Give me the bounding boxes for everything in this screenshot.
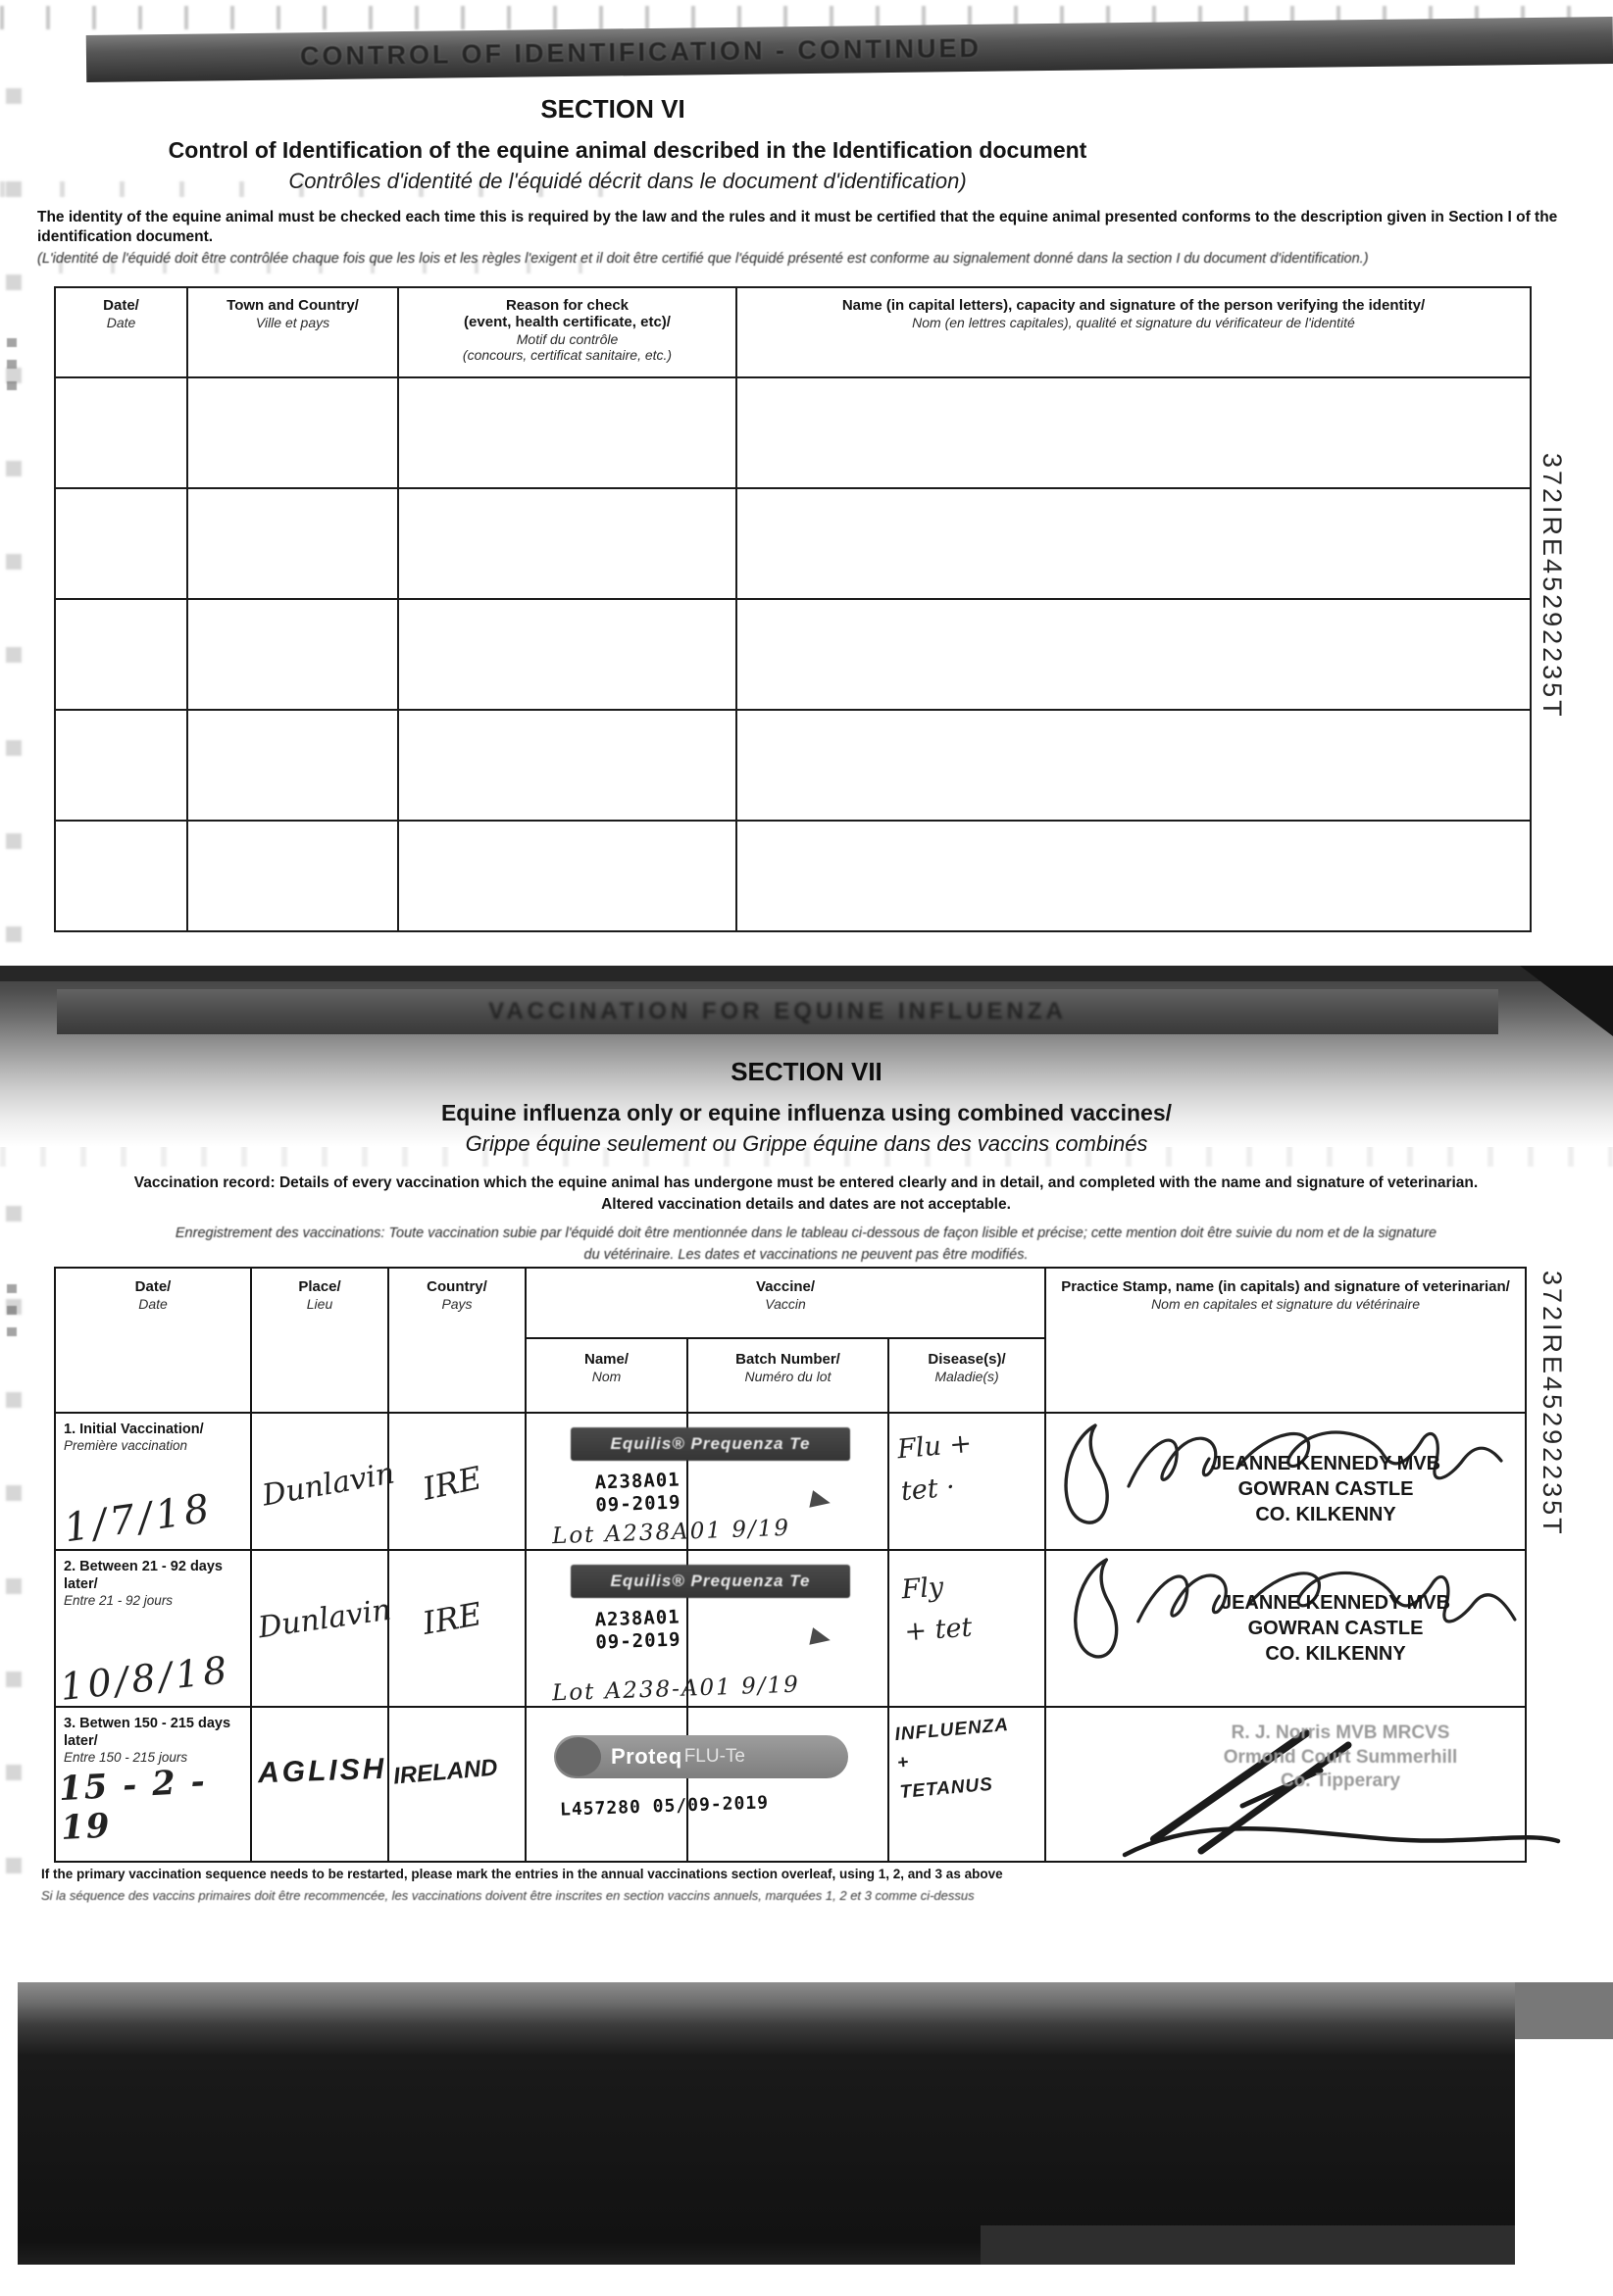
row3-stamp-cell: R. J. Norris MVB MRCVS Ormond Court Summ… [1045,1707,1526,1862]
control-id-header-bar: CONTROL OF IDENTIFICATION - CONTINUED [86,17,1613,82]
scan-dark-corner [981,2225,1515,2265]
t6-empty-cell [187,488,398,599]
t6-header-reason: Reason for check (event, health certific… [398,287,736,377]
row3-date-cell: 3. Betwen 150 - 215 days later/ Entre 15… [55,1707,251,1862]
vaccination-row-2: 2. Between 21 - 92 days later/ Entre 21 … [55,1550,1526,1707]
t6-empty-cell [55,377,187,488]
section7-heading-en: Equine influenza only or equine influenz… [0,1100,1613,1126]
row2-handwritten-country: IRE [420,1595,484,1642]
row3-handwritten-country: IRELAND [392,1754,499,1790]
section6-intro-en: The identity of the equine animal must b… [37,208,1575,247]
section6-heading-fr: Contrôles d'identité de l'équidé décrit … [0,169,1255,194]
row3-sticker-brand: Proteq [611,1744,682,1770]
t6-empty-cell [736,710,1531,821]
t6-header-date: Date/ Date [55,287,187,377]
row3-vaccine-sticker: ProteqFLU-Te [554,1735,848,1778]
section6-intro-fr: (L'identité de l'équidé doit être contrô… [37,250,1575,269]
t7-header-batch: Batch Number/ Numéro du lot [687,1338,888,1413]
row3-sticker-suffix: FLU-Te [684,1746,745,1768]
row2-place-cell: Dunlavin [251,1550,388,1707]
row1-country-cell: IRE [388,1413,526,1550]
row1-handwritten-date: 1/7/18 [62,1486,217,1552]
t6-empty-cell [736,599,1531,710]
row2-practice-stamp: JEANNE KENNEDY MVB GOWRAN CASTLE CO. KIL… [1154,1590,1517,1667]
t6-empty-cell [398,377,736,488]
banner-dark-strip [0,966,1613,981]
t6-empty-cell [736,488,1531,599]
row3-batch-print: L457280 05/09-2019 [560,1792,770,1821]
t7-header-disease: Disease(s)/ Maladie(s) [888,1338,1045,1413]
row2-vaccine-sticker: Equilis® Prequenza Te [571,1565,850,1598]
t6-empty-cell [187,599,398,710]
row1-place-cell: Dunlavin [251,1413,388,1550]
row3-handwritten-place: AGLISH [257,1753,386,1791]
t6-empty-cell [398,599,736,710]
row2-vaccine-cell: Equilis® Prequenza Te A238A01 09-2019 Lo… [526,1550,888,1707]
section7-title: SECTION VII [0,1057,1613,1087]
t7-header-date: Date/ Date [55,1268,251,1413]
row1-handwritten-disease: Flu + tet · [895,1423,977,1514]
t7-header-vaccine-name: Name/ Nom [526,1338,687,1413]
vaccination-row-1: 1. Initial Vaccination/ Première vaccina… [55,1413,1526,1550]
restart-footnote-fr: Si la séquence des vaccins primaires doi… [41,1888,1179,1903]
row1-batch-print: A238A01 09-2019 [594,1469,681,1517]
row3-handwritten-date: 15 - 2 - 19 [58,1760,252,1848]
vaccination-table: Date/ Date Place/ Lieu Country/ Pays Vac… [54,1267,1527,1863]
t7-header-vaccine: Vaccine/ Vaccin [526,1268,1045,1338]
row1-lot-note: Lot A238A01 9/19 [552,1516,791,1549]
section7-heading-fr: Grippe équine seulement ou Grippe équine… [0,1131,1613,1157]
t6-empty-cell [398,821,736,931]
row1-handwritten-place: Dunlavin [260,1456,397,1513]
t6-header-name-signature: Name (in capital letters), capacity and … [736,287,1531,377]
row2-handwritten-disease: Fly + tet [900,1565,974,1654]
row2-lot-note: Lot A238-A01 9/19 [552,1672,801,1707]
page-edge-mark [7,338,17,392]
vaccination-banner-bar: VACCINATION FOR EQUINE INFLUENZA [57,989,1498,1034]
row3-disease-cell: INFLUENZA + TETANUS [888,1707,1045,1862]
section6-intro: The identity of the equine animal must b… [37,208,1575,269]
scan-corner-artifact [1520,966,1613,1036]
t7-header-place: Place/ Lieu [251,1268,388,1413]
row2-handwritten-place: Dunlavin [256,1593,393,1646]
header-bar-title: CONTROL OF IDENTIFICATION - CONTINUED [300,32,982,71]
section6-heading-en: Control of Identification of the equine … [0,137,1255,164]
row1-stamp-cell: JEANNE KENNEDY MVB GOWRAN CASTLE CO. KIL… [1045,1413,1526,1550]
t6-empty-cell [187,821,398,931]
restart-footnote-en: If the primary vaccination sequence need… [41,1867,1149,1881]
t6-empty-cell [398,488,736,599]
row1-date-cell: 1. Initial Vaccination/ Première vaccina… [55,1413,251,1550]
row2-batch-print: A238A01 09-2019 [594,1606,681,1654]
scan-dark-block [18,1982,1515,2265]
row3-handwritten-disease: INFLUENZA + TETANUS [893,1711,1015,1807]
t6-empty-cell [55,599,187,710]
t7-header-stamp: Practice Stamp, name (in capitals) and s… [1045,1268,1526,1413]
vaccination-row-3: 3. Betwen 150 - 215 days later/ Entre 15… [55,1707,1526,1862]
vaccination-record-note-fr: Enregistrement des vaccinations: Toute v… [41,1223,1571,1267]
identification-checks-table: Date/ Date Town and Country/ Ville et pa… [54,286,1532,932]
arrow-icon [809,1490,832,1512]
t6-empty-cell [187,377,398,488]
equine-passport-scan: CONTROL OF IDENTIFICATION - CONTINUED SE… [0,0,1613,2296]
row3-country-cell: IRELAND [388,1707,526,1862]
row3-practice-stamp: R. J. Norris MVB MRCVS Ormond Court Summ… [1164,1722,1517,1794]
row1-vaccine-cell: Equilis® Prequenza Te A238A01 09-2019 Lo… [526,1413,888,1550]
page-edge-mark [7,1284,17,1338]
scan-dark-band [1515,1982,1613,2039]
row2-date-cell: 2. Between 21 - 92 days later/ Entre 21 … [55,1550,251,1707]
row2-stamp-cell: JEANNE KENNEDY MVB GOWRAN CASTLE CO. KIL… [1045,1550,1526,1707]
vaccination-banner-text: VACCINATION FOR EQUINE INFLUENZA [488,998,1067,1025]
t6-empty-cell [55,488,187,599]
row1-practice-stamp: JEANNE KENNEDY MVB GOWRAN CASTLE CO. KIL… [1144,1451,1507,1527]
passport-number-vertical: 372IRE45292235T [1537,1271,1567,1537]
row2-disease-cell: Fly + tet [888,1550,1045,1707]
t6-empty-cell [736,377,1531,488]
t7-header-country: Country/ Pays [388,1268,526,1413]
row1-handwritten-country: IRE [420,1459,485,1508]
section6-title: SECTION VI [0,94,1226,125]
row2-country-cell: IRE [388,1550,526,1707]
passport-number-vertical: 372IRE45292235T [1537,453,1567,720]
t6-empty-cell [736,821,1531,931]
t6-empty-cell [187,710,398,821]
t6-empty-cell [55,710,187,821]
row2-handwritten-date: 10/8/18 [58,1648,232,1709]
arrow-icon [809,1627,832,1649]
row3-vaccine-cell: ProteqFLU-Te L457280 05/09-2019 [526,1707,888,1862]
row1-vaccine-sticker: Equilis® Prequenza Te [571,1427,850,1461]
t6-empty-cell [398,710,736,821]
t6-empty-cell [55,821,187,931]
row3-place-cell: AGLISH [251,1707,388,1862]
t6-header-town-country: Town and Country/ Ville et pays [187,287,398,377]
row1-disease-cell: Flu + tet · [888,1413,1045,1550]
vaccination-record-note-en: Vaccination record: Details of every vac… [41,1173,1571,1217]
